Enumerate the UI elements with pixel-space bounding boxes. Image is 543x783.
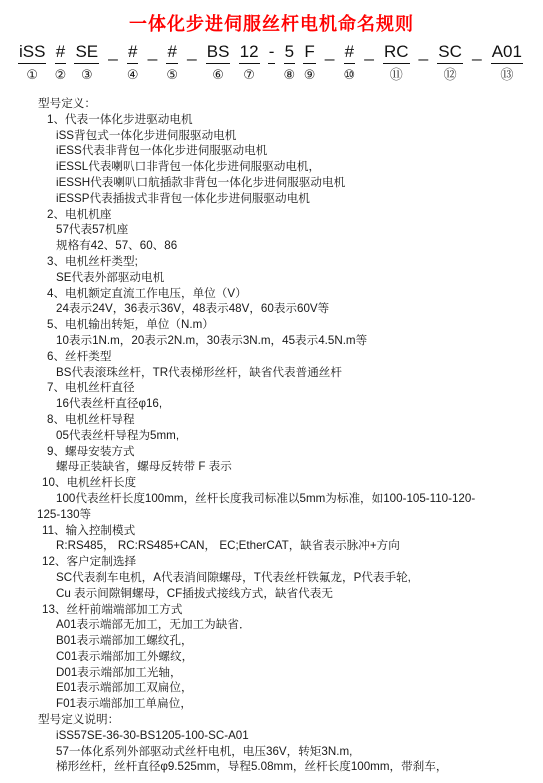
model-code-index: ⑥ xyxy=(212,67,224,83)
doc-line: 型号定义： xyxy=(38,96,535,112)
doc-line: Cu 表示间隙铜螺母，CF插拔式接线方式，缺省代表无 xyxy=(56,586,535,602)
doc-line: 12、客户定制选择 xyxy=(42,554,535,570)
model-code-token: iSS xyxy=(18,42,46,64)
model-code-segment: SC⑫ xyxy=(437,42,463,83)
model-code-separator: _ xyxy=(186,42,197,82)
model-code-segment: RC⑪ xyxy=(383,42,410,83)
model-code-segment: #② xyxy=(55,42,67,83)
doc-line: SC代表刹车电机，A代表消间隙螺母，T代表丝杆铁氟龙，P代表手轮, xyxy=(56,570,535,586)
model-code-token: _ xyxy=(324,42,335,63)
model-code-index: ⑩ xyxy=(344,67,356,83)
model-code-index: ⑦ xyxy=(243,67,255,83)
doc-line: iESSP代表插拔式非背包一体化步进伺服驱动电机 xyxy=(56,191,535,207)
model-code-token: 5 xyxy=(284,42,295,64)
model-code-index: ⑫ xyxy=(444,67,457,83)
model-code-token: _ xyxy=(363,42,374,63)
model-code-segment: 5⑧ xyxy=(284,42,296,83)
doc-line: BS代表滚珠丝杆，TR代表梯形丝杆，缺省代表普通丝杆 xyxy=(56,365,535,381)
doc-line: 1、代表一体化步进驱动电机 xyxy=(47,112,535,128)
doc-line: 规格有42、57、60、86 xyxy=(56,238,535,254)
doc-line: 5、电机输出转矩，单位（N.m） xyxy=(47,317,535,333)
doc-line: 10表示1N.m，20表示2N.m，30表示3N.m，45表示4.5N.m等 xyxy=(56,333,535,349)
model-code-token: _ xyxy=(418,42,429,63)
model-code-separator: _ xyxy=(147,42,158,82)
model-code-index: ⑤ xyxy=(166,67,178,83)
model-code-segment: #⑤ xyxy=(166,42,178,83)
doc-line: 9、螺母安装方式 xyxy=(47,444,535,460)
model-code-token: SE xyxy=(74,42,99,64)
model-code-token: # xyxy=(55,42,66,64)
doc-line: iESSH代表喇叭口航插款非背包一体化步进伺服驱动电机 xyxy=(56,175,535,191)
model-code-separator: _ xyxy=(324,42,335,82)
model-code-segment: iSS① xyxy=(18,42,46,83)
model-code-separator: - xyxy=(268,42,276,83)
doc-line: B01表示端部加工螺纹孔， xyxy=(56,633,535,649)
model-code-token: _ xyxy=(186,42,197,63)
model-code-token: BS xyxy=(206,42,231,64)
model-code-segment: #④ xyxy=(127,42,139,83)
doc-line: 7、电机丝杆直径 xyxy=(47,380,535,396)
doc-line: 8、电机丝杆导程 xyxy=(47,412,535,428)
model-code-token: _ xyxy=(147,42,158,63)
model-code-token: A01 xyxy=(491,42,523,64)
doc-line: A01表示端部无加工，无加工为缺省． xyxy=(56,617,535,633)
doc-line: 螺母正装缺省，螺母反转带 F 表示 xyxy=(56,459,535,475)
doc-line: 57代表57机座 xyxy=(56,222,535,238)
model-code-index: ⑧ xyxy=(284,67,296,83)
model-code-segment: SE③ xyxy=(74,42,99,83)
doc-line: 3、电机丝杆类型; xyxy=(47,254,535,270)
document-page: 一体化步进伺服丝杆电机命名规则 iSS①#②SE③_#④_#⑤_BS⑥12⑦-5… xyxy=(0,0,543,783)
model-code-token: F xyxy=(303,42,315,64)
model-code-token: # xyxy=(166,42,177,64)
model-code-token: # xyxy=(344,42,355,64)
doc-line: 4、电机额定直流工作电压，单位（V） xyxy=(47,286,535,302)
doc-line: iSS57SE-36-30-BS1205-100-SC-A01 xyxy=(56,728,535,744)
model-code-separator: _ xyxy=(418,42,429,82)
doc-line: 100代表丝杆长度100mm，丝杆长度我司标准以5mm为标准，如100-105-… xyxy=(56,491,535,507)
model-code-index: ⑬ xyxy=(500,67,513,83)
doc-line: 24表示24V，36表示36V，48表示48V，60表示60V等 xyxy=(56,301,535,317)
document-body: 型号定义：1、代表一体化步进驱动电机iSS背包式一体化步进伺服驱动电机iESS代… xyxy=(0,96,543,775)
model-code-token: _ xyxy=(107,42,118,63)
doc-line: 6、丝杆类型 xyxy=(47,349,535,365)
doc-line: 13、丝杆前端端部加工方式 xyxy=(42,602,535,618)
model-code-token: - xyxy=(268,42,276,64)
doc-line: 2、电机机座 xyxy=(47,207,535,223)
model-code-token: 12 xyxy=(239,42,260,64)
model-code-segment: F⑨ xyxy=(303,42,315,83)
doc-line: 型号定义说明： xyxy=(38,712,535,728)
model-code-token: _ xyxy=(471,42,482,63)
model-code-token: RC xyxy=(383,42,410,64)
doc-line: 11、输入控制模式 xyxy=(42,523,535,539)
model-code-index: ④ xyxy=(127,67,139,83)
model-code-index: ⑨ xyxy=(304,67,316,83)
doc-line: 57一体化系列外部驱动式丝杆电机，电压36V，转矩3N.m, xyxy=(56,744,535,760)
doc-line: D01表示端部加工光轴， xyxy=(56,665,535,681)
doc-line: SE代表外部驱动电机 xyxy=(56,270,535,286)
doc-line: 05代表丝杆导程为5mm, xyxy=(56,428,535,444)
doc-line: C01表示端部加工外螺纹， xyxy=(56,649,535,665)
doc-line: R:RS485， RC:RS485+CAN， EC;EtherCAT，缺省表示脉… xyxy=(56,538,535,554)
doc-line: iESSL代表喇叭口非背包一体化步进伺服驱动电机， xyxy=(56,159,535,175)
model-code: iSS①#②SE③_#④_#⑤_BS⑥12⑦-5⑧F⑨_#⑩_RC⑪_SC⑫_A… xyxy=(18,42,523,83)
model-code-separator: _ xyxy=(363,42,374,82)
model-code-token: # xyxy=(127,42,138,64)
doc-line: 125-130等 xyxy=(37,507,535,523)
model-code-index: ② xyxy=(55,67,67,83)
model-code-segment: A01⑬ xyxy=(491,42,523,83)
doc-line: E01表示端部加工双扁位， xyxy=(56,680,535,696)
model-code-index: ⑪ xyxy=(390,67,403,83)
model-code-separator: _ xyxy=(107,42,118,82)
model-code-index: ③ xyxy=(81,67,93,83)
doc-line: iSS背包式一体化步进伺服驱动电机 xyxy=(56,128,535,144)
model-code-separator: _ xyxy=(471,42,482,82)
doc-line: 10、电机丝杆长度 xyxy=(42,475,535,491)
model-code-segment: #⑩ xyxy=(344,42,356,83)
doc-line: 梯形丝杆，丝杆直径φ9.525mm，导程5.08mm，丝杆长度100mm，带刹车… xyxy=(56,759,535,775)
model-code-segment: BS⑥ xyxy=(206,42,231,83)
doc-line: iESS代表非背包一体化步进伺服驱动电机 xyxy=(56,143,535,159)
doc-line: F01表示端部加工单扁位， xyxy=(56,696,535,712)
model-code-segment: 12⑦ xyxy=(239,42,260,83)
page-title: 一体化步进伺服丝杆电机命名规则 xyxy=(0,13,543,35)
model-code-index: ① xyxy=(26,67,38,83)
model-code-token: SC xyxy=(437,42,463,64)
doc-line: 16代表丝杆直径φ16, xyxy=(56,396,535,412)
